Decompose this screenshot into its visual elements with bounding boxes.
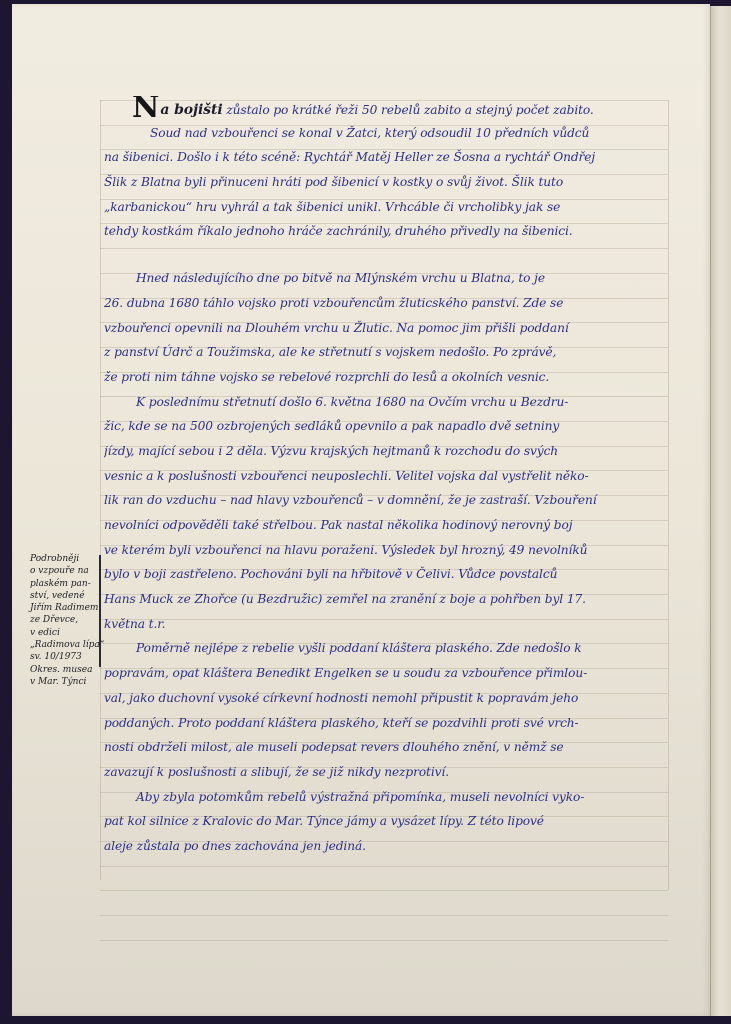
- paragraph-1: Soud nad vzbouřenci se konal v Žatci, kt…: [104, 121, 664, 244]
- text-line: nevolníci odpověděli také střelbou. Pak …: [104, 513, 664, 538]
- ruled-line: [100, 890, 668, 891]
- margin-note-line: Podrobněji: [30, 553, 100, 565]
- paragraph-2: Hned následujícího dne po bitvě na Mlýns…: [104, 266, 664, 389]
- text-line: poddaných. Proto poddaní kláštera plaské…: [104, 711, 664, 736]
- margin-note-line: Okres. musea: [30, 664, 100, 676]
- drop-cap-rest: a bojišti: [160, 102, 222, 118]
- text-line: jízdy, mající sebou i 2 děla. Výzvu kraj…: [104, 439, 664, 464]
- margin-note-line: v Mar. Týnci: [30, 676, 100, 688]
- ruled-line: [100, 940, 668, 941]
- ruled-line: [100, 915, 668, 916]
- text-line: vesnic a k poslušnosti vzbouřenci neupos…: [104, 464, 664, 489]
- paragraph-3: K poslednímu střetnutí došlo 6. května 1…: [104, 390, 664, 637]
- text-line: zavazují k poslušnosti a slibují, že se …: [104, 760, 664, 785]
- text-line: tehdy kostkám říkalo jednoho hráče zachr…: [104, 219, 664, 244]
- text-line: Hans Muck ze Zhořce (u Bezdružic) zemřel…: [104, 587, 664, 612]
- margin-note-line: sv. 10/1973: [30, 651, 100, 663]
- main-text: Na bojišti zůstalo po krátké řeži 50 reb…: [104, 96, 664, 859]
- text-line: lik ran do vzduchu – nad hlavy vzbouřenc…: [104, 488, 664, 513]
- text-line: Šlik z Blatna byli přinuceni hráti pod š…: [104, 170, 664, 195]
- text-line: „karbanickou“ hru vyhrál a tak šibenici …: [104, 195, 664, 220]
- margin-note-line: v edici: [30, 627, 100, 639]
- text-line: popravám, opat kláštera Benedikt Engelke…: [104, 661, 664, 686]
- text-line: val, jako duchovní vysoké církevní hodno…: [104, 686, 664, 711]
- text-line: nosti obdrželi milost, ale museli podeps…: [104, 735, 664, 760]
- margin-note-line: ství, vedené: [30, 590, 100, 602]
- text-line: 26. dubna 1680 táhlo vojsko proti vzbouř…: [104, 291, 664, 316]
- paragraph-4: Poměrně nejlépe z rebelie vyšli poddaní …: [104, 636, 664, 784]
- text-line: května t.r.: [104, 612, 664, 637]
- text-line: že proti nim táhne vojsko se rebelové ro…: [104, 365, 664, 390]
- margin-note-line: o vzpouře na: [30, 565, 100, 577]
- paragraph-5: Aby zbyla potomkům rebelů výstražná přip…: [104, 785, 664, 859]
- ruled-line: [100, 866, 668, 867]
- text-line: bylo v boji zastřeleno. Pochováni byli n…: [104, 562, 664, 587]
- text-line: aleje zůstala po dnes zachována jen jedi…: [104, 834, 664, 859]
- text-line: Soud nad vzbouřenci se konal v Žatci, kt…: [104, 121, 664, 146]
- margin-note-line: „Radimova lípa“: [30, 639, 100, 651]
- opening-line: Na bojišti zůstalo po krátké řeži 50 reb…: [104, 96, 664, 121]
- text-line: pat kol silnice z Kralovic do Mar. Týnce…: [104, 809, 664, 834]
- text-line: vzbouřenci opevnili na Dlouhém vrchu u Ž…: [104, 316, 664, 341]
- drop-cap: N: [132, 96, 159, 121]
- margin-note-line: plaském pan-: [30, 578, 100, 590]
- text-line: Poměrně nejlépe z rebelie vyšli poddaní …: [104, 636, 664, 661]
- margin-note: Podrobněji o vzpouře na plaském pan- stv…: [30, 553, 100, 688]
- margin-note-line: Jiřím Radimem: [30, 602, 100, 614]
- next-page-edge: [710, 6, 731, 1016]
- text-line: žic, kde se na 500 ozbrojených sedláků o…: [104, 414, 664, 439]
- opening-line-text: zůstalo po krátké řeži 50 rebelů zabito …: [226, 103, 593, 117]
- left-margin-rule: [100, 100, 101, 880]
- margin-note-line: ze Dřevce,: [30, 614, 100, 626]
- text-line: ve kterém byli vzbouřenci na hlavu poraž…: [104, 538, 664, 563]
- text-line: Aby zbyla potomkům rebelů výstražná přip…: [104, 785, 664, 810]
- text-line: Hned následujícího dne po bitvě na Mlýns…: [104, 266, 664, 291]
- text-line: K poslednímu střetnutí došlo 6. května 1…: [104, 390, 664, 415]
- text-line: na šibenici. Došlo i k této scéně: Rycht…: [104, 145, 664, 170]
- paragraph-gap: [104, 244, 664, 266]
- text-line: z panství Údrč a Toužimska, ale ke střet…: [104, 340, 664, 365]
- right-margin-rule: [668, 100, 669, 890]
